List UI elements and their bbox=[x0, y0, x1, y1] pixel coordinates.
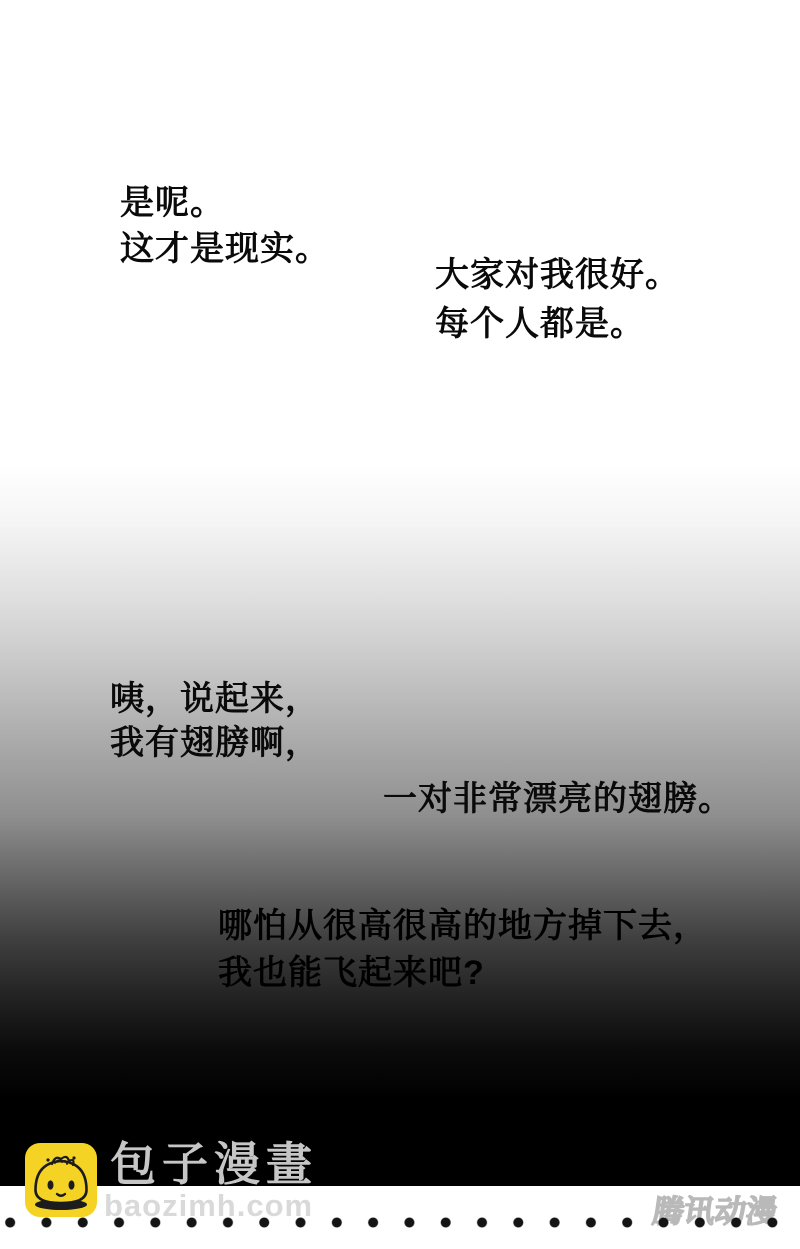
site-name: 包子漫畫 bbox=[110, 1141, 318, 1187]
speech-line: 我有翅膀啊， bbox=[110, 721, 320, 765]
perforation-dots bbox=[0, 1216, 800, 1229]
speech-line: 咦，说起来， bbox=[110, 677, 320, 721]
speech-block-1: 是呢。 这才是现实。 bbox=[120, 180, 330, 272]
speech-line: 哪怕从很高很高的地方掉下去， bbox=[218, 903, 708, 950]
speech-line: 我也能飞起来吧? bbox=[218, 950, 708, 997]
speech-line: 每个人都是。 bbox=[435, 300, 680, 349]
speech-line: 大家对我很好。 bbox=[435, 251, 680, 300]
speech-line: 是呢。 bbox=[120, 180, 330, 226]
speech-line: 一对非常漂亮的翅膀。 bbox=[383, 779, 733, 819]
speech-block-5: 哪怕从很高很高的地方掉下去， 我也能飞起来吧? bbox=[218, 903, 708, 997]
speech-block-3: 咦，说起来， 我有翅膀啊， bbox=[110, 677, 320, 765]
speech-block-4: 一对非常漂亮的翅膀。 bbox=[383, 779, 733, 819]
speech-block-2: 大家对我很好。 每个人都是。 bbox=[435, 251, 680, 349]
speech-line: 这才是现实。 bbox=[120, 226, 330, 272]
logo-texts: 包子漫畫 baozimh.com bbox=[110, 1143, 318, 1221]
comic-page: 是呢。 这才是现实。 大家对我很好。 每个人都是。 咦，说起来， 我有翅膀啊， … bbox=[0, 0, 800, 1249]
comic-art-gradient: 是呢。 这才是现实。 大家对我很好。 每个人都是。 咦，说起来， 我有翅膀啊， … bbox=[0, 0, 800, 1186]
baozi-bun-icon bbox=[25, 1143, 97, 1217]
baozimh-logo: 包子漫畫 baozimh.com bbox=[25, 1143, 318, 1221]
